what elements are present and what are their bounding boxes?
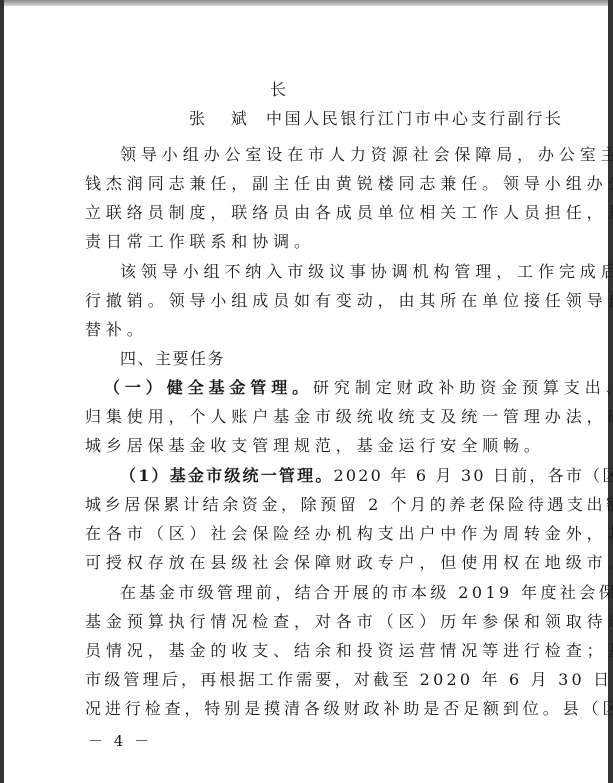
member-name: 张 斌 bbox=[189, 109, 252, 129]
page-number: － 4 － bbox=[88, 730, 152, 751]
item-line: （1）基金市级统一管理。2020 年 6 月 30 日前，各市（区） bbox=[120, 466, 613, 486]
paragraph-line: 可授权存放在县级社会保障财政专户，但使用权在地级市。 bbox=[85, 553, 613, 573]
text-line: 长 bbox=[270, 80, 291, 100]
paragraph-line: 基金预算执行情况检查，对各市（区）历年参保和领取待遇人 bbox=[85, 612, 613, 632]
paragraph-line: 立联络员制度，联络员由各成员单位相关工作人员担任，具体负 bbox=[85, 203, 613, 223]
paragraph-line: 替补。 bbox=[85, 320, 148, 340]
subsection-text: 研究制定财政补助资金预算支出、 bbox=[313, 378, 613, 397]
paragraph-line: 城乡居保累计结余资金，除预留 2 个月的养老保险待遇支出额 bbox=[85, 495, 613, 515]
paragraph-line: 在基金市级管理前，结合开展的市本级 2019 年度社会保险 bbox=[120, 583, 613, 603]
paragraph-line: 市级管理后，再根据工作需要，对截至 2020 年 6 月 30 日的情 bbox=[85, 670, 613, 690]
subsection-line: （一）健全基金管理。研究制定财政补助资金预算支出、 bbox=[104, 378, 613, 398]
paragraph-line: 况进行检查，特别是摸清各级财政补助是否足额到位。县（区） bbox=[85, 699, 613, 719]
paragraph-line: 责日常工作联系和协调。 bbox=[85, 232, 315, 252]
paragraph-line: 该领导小组不纳入市级议事协调机构管理，工作完成后自 bbox=[120, 262, 613, 282]
item-text: 2020 年 6 月 30 日前，各市（区） bbox=[334, 466, 613, 485]
paragraph-line: 城乡居保基金收支管理规范，基金运行安全顺畅。 bbox=[85, 436, 545, 456]
paragraph-line: 领导小组办公室设在市人力资源社会保障局，办公室主任由 bbox=[120, 145, 613, 165]
paragraph-line: 在各市（区）社会保险经办机构支出户中作为周转金外，其余 bbox=[85, 524, 613, 544]
document-page: 长 张 斌 中国人民银行江门市中心支行副行长 领导小组办公室设在市人力资源社会保… bbox=[4, 6, 608, 783]
subsection-title: （一）健全基金管理。 bbox=[104, 378, 313, 397]
paragraph-line: 钱杰润同志兼任，副主任由黄锐楼同志兼任。领导小组办公室建 bbox=[85, 174, 613, 194]
member-title: 中国人民银行江门市中心支行副行长 bbox=[266, 109, 564, 129]
item-title: （1）基金市级统一管理。 bbox=[120, 466, 334, 485]
section-heading: 四、主要任务 bbox=[120, 349, 225, 369]
paragraph-line: 行撤销。领导小组成员如有变动，由其所在单位接任领导自然 bbox=[85, 291, 613, 311]
paragraph-line: 归集使用，个人账户基金市级统收统支及统一管理办法，确保 bbox=[85, 407, 613, 427]
paragraph-line: 员情况，基金的收支、结余和投资运营情况等进行检查；基金 bbox=[85, 641, 613, 661]
